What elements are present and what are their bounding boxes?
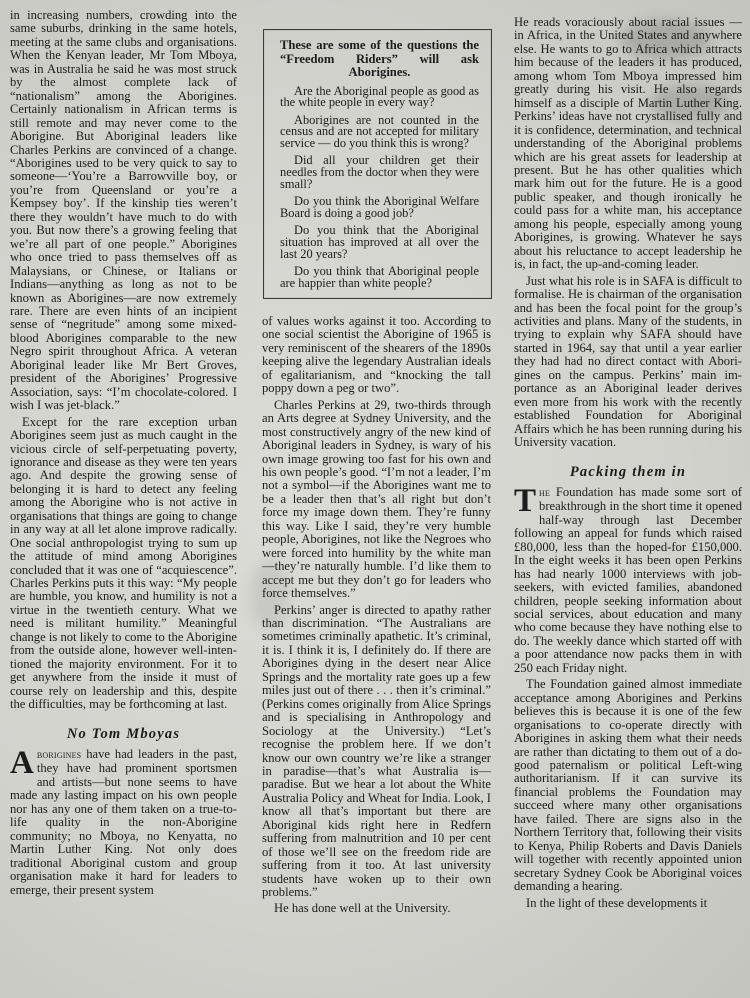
box-title: These are some of the questions the “Fre… — [280, 39, 479, 80]
paragraph: He reads voraciously about racial issues… — [514, 16, 742, 272]
question: Do you think that Aboriginal people are … — [280, 266, 479, 289]
paragraph: Just what his role is in SAFA is difficu… — [514, 275, 742, 450]
paragraph: in increasing numbers, crowding into the… — [10, 9, 237, 413]
paragraph: He has done well at the University. — [262, 902, 491, 915]
small-caps-word: he — [539, 487, 550, 499]
question: Do you think the Aboriginal Wel­fare Boa… — [280, 196, 479, 219]
question: Do you think that the Aboriginal situati… — [280, 225, 479, 260]
question: Aborigines are not counted in the census… — [280, 115, 479, 150]
column-3: He reads voraciously about racial issues… — [514, 16, 742, 910]
newspaper-page: in increasing numbers, crowding into the… — [0, 0, 750, 998]
dropcap-paragraph: Aborigines have had leaders in the past,… — [10, 748, 237, 897]
paragraph: of values works against it too. Accord­i… — [262, 315, 491, 396]
paragraph: Except for the rare exception urban Abor… — [10, 416, 237, 712]
paragraph-text: have had leaders in the past, they have … — [10, 747, 237, 897]
paragraph-text: Foundation has made some sort of breakth… — [514, 485, 742, 675]
subheading-no-tom-mboyas: No Tom Mboyas — [10, 728, 237, 741]
paragraph: The Foundation gained almost imme­diate … — [514, 678, 742, 893]
small-caps-word: borigines — [37, 749, 81, 761]
column-1: in increasing numbers, crowding into the… — [10, 9, 237, 897]
paragraph: Perkins’ anger is directed to apathy rat… — [262, 604, 491, 900]
drop-cap-letter: A — [10, 750, 34, 776]
drop-cap-letter: T — [514, 488, 536, 514]
subheading-packing-them-in: Packing them in — [514, 466, 742, 479]
column-2: of values works against it too. Accord­i… — [262, 315, 491, 916]
dropcap-paragraph: The Foundation has made some sort of bre… — [514, 486, 742, 675]
paragraph: Charles Perkins at 29, two-thirds throug… — [262, 399, 491, 601]
question: Are the Aboriginal people as good as the… — [280, 86, 479, 109]
paragraph: In the light of these developments it — [514, 897, 742, 910]
freedom-riders-questions-box: These are some of the questions the “Fre… — [263, 29, 492, 299]
question: Did all your children get their needles … — [280, 155, 479, 190]
